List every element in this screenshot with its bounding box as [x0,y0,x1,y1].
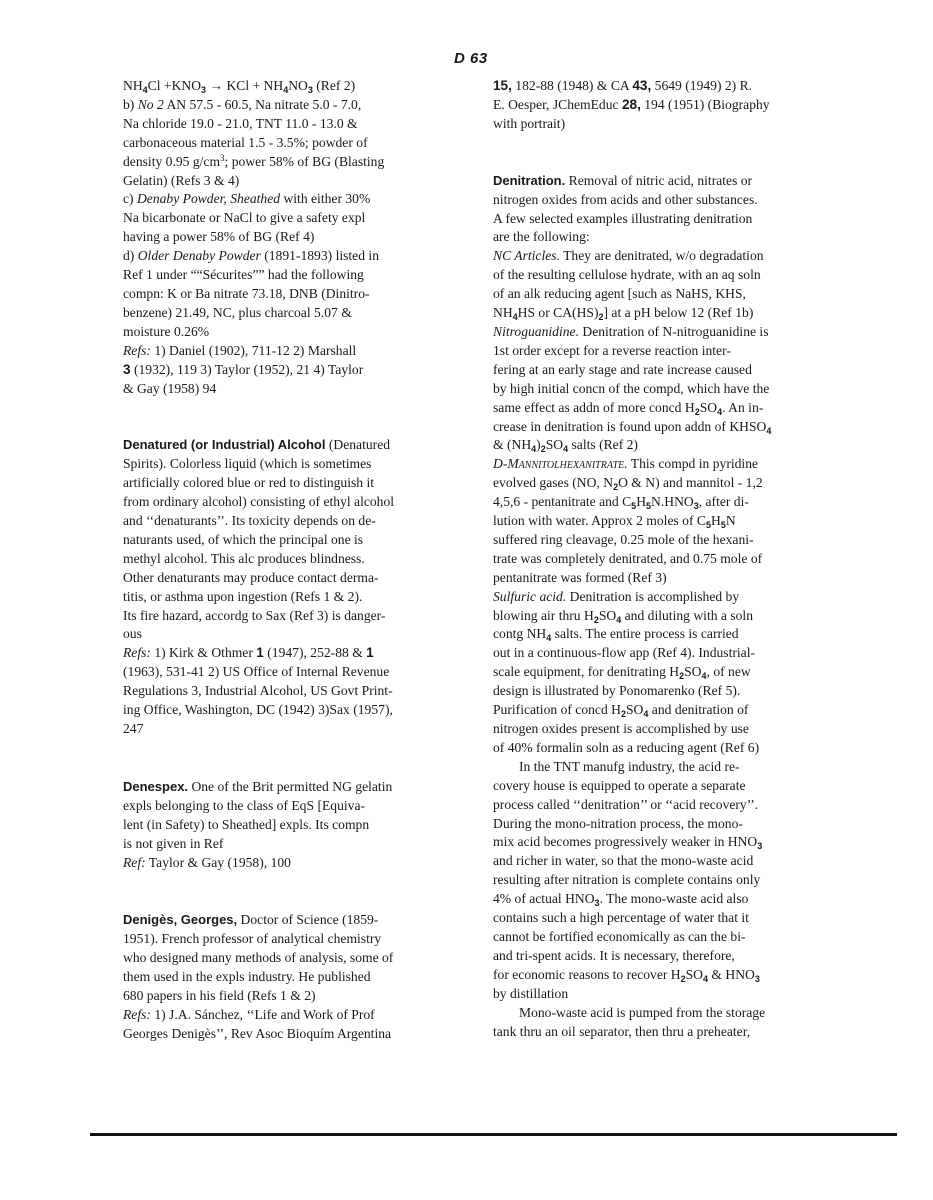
paragraph-first-line: In the TNT manufg industry, the acid re- [493,758,845,777]
refs-line: 247 [123,720,475,739]
refs-line: 15, 182-88 (1948) & CA 43, 5649 (1949) 2… [493,77,845,96]
eq-text: NO [288,78,308,93]
text-line: Denatured (or Industrial) Alcohol (Denat… [123,436,475,455]
text-line: fering at an early stage and rate increa… [493,361,845,380]
text: Denitration of N-nitroguanidine is [579,324,769,339]
text-line: resulting after nitration is complete co… [493,871,845,890]
text-line: of 40% formalin soln as a reducing agent… [493,739,845,758]
text: SO [546,437,563,452]
text: evolved gases (NO, N [493,475,613,490]
text: contg NH [493,626,546,641]
text-line: is not given in Ref [123,835,475,854]
text: This compd in pyridine [628,456,758,471]
text: for economic reasons to recover H [493,967,681,982]
refs-text: 1) Daniel (1902), 711-12 2) Marshall [151,343,356,358]
item-label: d) [123,248,138,263]
spacer [123,872,475,911]
text-line: & (NH4)2SO4 salts (Ref 2) [493,436,845,455]
entry-heading: Denatured (or Industrial) Alcohol [123,437,325,452]
eq-text: → KCl + NH [206,78,283,93]
text-line: pentanitrate was formed (Ref 3) [493,569,845,588]
refs-line: (1963), 531-41 2) US Office of Internal … [123,663,475,682]
text-line: D-Mannitolhexanitrate. This compd in pyr… [493,455,845,474]
text-line: moisture 0.26% [123,323,475,342]
volume-number: 15, [493,78,512,93]
text: (Denatured [325,437,390,452]
text-line: design is illustrated by Ponomarenko (Re… [493,682,845,701]
volume-number: 28, [622,97,641,112]
refs-line: Refs: 1) Daniel (1902), 711-12 2) Marsha… [123,342,475,361]
text-line: nitrogen oxides from acids and other sub… [493,191,845,210]
text-line: NC Articles. They are denitrated, w/o de… [493,247,845,266]
text-line: covery house is equipped to operate a se… [493,777,845,796]
spacer [123,739,475,778]
text-line: 1951). French professor of analytical ch… [123,930,475,949]
text: & (NH [493,437,531,452]
spacer [123,398,475,436]
text-line: Other denaturants may produce contact de… [123,569,475,588]
text-line: scale equipment, for denitrating H2SO4, … [493,663,845,682]
refs-label: Ref: [123,855,146,870]
eq-text: (Ref 2) [313,78,355,93]
refs-text: 194 (1951) (Biography [641,97,770,112]
text-line: Sulfuric acid. Denitration is accomplish… [493,588,845,607]
text-line: trate was completely denitrated, and 0.7… [493,550,845,569]
item-label: b) [123,97,138,112]
text-line: of an alk reducing agent [such as NaHS, … [493,285,845,304]
text-line: 4,5,6 - pentanitrate and C5H5N.HNO3, aft… [493,493,845,512]
text-line: Na chloride 19.0 - 21.0, TNT 11.0 - 13.0… [123,115,475,134]
text-line: c) Denaby Powder, Sheathed with either 3… [123,190,475,209]
text: lution with water. Approx 2 moles of C [493,513,706,528]
text-line: carbonaceous material 1.5 - 3.5%; powder… [123,134,475,153]
refs-text: 5649 (1949) 2) R. [651,78,752,93]
text-line: by high initial concn of the compd, whic… [493,380,845,399]
text-line: lent (in Safety) to Sheathed] expls. Its… [123,816,475,835]
text: blowing air thru H [493,608,594,623]
text: salts. The entire process is carried [551,626,738,641]
refs-line: Georges Denigès’’, Rev Asoc Bioquím Arge… [123,1025,475,1044]
refs-line: Refs: 1) Kirk & Othmer 1 (1947), 252-88 … [123,644,475,663]
refs-text: Taylor & Gay (1958), 100 [146,855,291,870]
text-line: suffered ring cleavage, 0.25 mole of the… [493,531,845,550]
text: . An in- [722,400,763,415]
text: AN 57.5 - 60.5, Na nitrate 5.0 - 7.0, [164,97,361,112]
text: One of the Brit permitted NG gelatin [188,779,392,794]
text-line: tank thru an oil separator, then thru a … [493,1023,845,1042]
text-line: artificially colored blue or red to dist… [123,474,475,493]
text-line: A few selected examples illustrating den… [493,210,845,229]
equation-line: NH4Cl +KNO3 → KCl + NH4NO3 (Ref 2) [123,77,475,96]
text-line: Gelatin) (Refs 3 & 4) [123,172,475,191]
text: HS or CA(HS) [518,305,599,320]
right-column: 15, 182-88 (1948) & CA 43, 5649 (1949) 2… [493,77,845,1041]
text-line: Na bicarbonate or NaCl to give a safety … [123,209,475,228]
text-line: and richer in water, so that the mono-wa… [493,852,845,871]
text-line: having a power 58% of BG (Ref 4) [123,228,475,247]
text-line: blowing air thru H2SO4 and diluting with… [493,607,845,626]
text: scale equipment, for denitrating H [493,664,679,679]
refs-label: Refs: [123,1007,151,1022]
text-line: are the following: [493,228,845,247]
eq-text: Cl +KNO [148,78,201,93]
spacer [493,134,845,172]
subsection-name: D-Mannitolhexanitrate. [493,456,628,471]
text-line: them used in the expls industry. He publ… [123,968,475,987]
text-line: nitrogen oxides present is accomplished … [493,720,845,739]
text: H [636,494,646,509]
text-line: density 0.95 g/cm3; power 58% of BG (Bla… [123,153,475,172]
text: salts (Ref 2) [568,437,638,452]
text: SO [684,664,701,679]
text: 4% of actual HNO [493,891,595,906]
entry-deniges-georges: Denigès, Georges, Doctor of Science (185… [123,911,475,1043]
text-line: expls belonging to the class of EqS [Equ… [123,797,475,816]
volume-number: 3 [123,362,131,377]
item-name: Denaby Powder, Sheathed [137,191,280,206]
entry-denitration: Denitration. Removal of nitric acid, nit… [493,172,845,1042]
text: with either 30% [280,191,370,206]
refs-text: (1947), 252-88 & [264,645,366,660]
volume-number: 1 [256,645,264,660]
text-line: Denespex. One of the Brit permitted NG g… [123,778,475,797]
text-line: titis, or asthma upon ingestion (Refs 1 … [123,588,475,607]
text-line: crease in denitration is found upon addn… [493,418,845,437]
bottom-rule [90,1133,897,1136]
text-line: for economic reasons to recover H2SO4 & … [493,966,845,985]
entry-denatured-alcohol: Denatured (or Industrial) Alcohol (Denat… [123,436,475,739]
text-line: process called ‘‘denitration’’ or ‘‘acid… [493,796,845,815]
refs-line: ing Office, Washington, DC (1942) 3)Sax … [123,701,475,720]
entry-denespex: Denespex. One of the Brit permitted NG g… [123,778,475,873]
text: SO [599,608,616,623]
text: Removal of nitric acid, nitrates or [565,173,752,188]
item-name: No 2 [138,97,164,112]
text-line: Denigès, Georges, Doctor of Science (185… [123,911,475,930]
text-line: same effect as addn of more concd H2SO4.… [493,399,845,418]
refs-line: 3 (1932), 119 3) Taylor (1952), 21 4) Ta… [123,361,475,380]
text-line: naturants used, of which the principal o… [123,531,475,550]
text-line: Its fire hazard, accordg to Sax (Ref 3) … [123,607,475,626]
entry-heading: Denigès, Georges, [123,912,237,927]
text-line: out in a continuous-flow app (Ref 4). In… [493,644,845,663]
text: mix acid becomes progressively weaker in… [493,834,757,849]
text-line: contg NH4 salts. The entire process is c… [493,625,845,644]
text-line: 4% of actual HNO3. The mono-waste acid a… [493,890,845,909]
text: . The mono-waste acid also [600,891,749,906]
text-line: d) Older Denaby Powder (1891-1893) liste… [123,247,475,266]
refs-label: Refs: [123,343,151,358]
text: They are denitrated, w/o degradation [560,248,764,263]
text: H [711,513,721,528]
refs-line: E. Oesper, JChemEduc 28, 194 (1951) (Bio… [493,96,845,115]
text-line: b) No 2 AN 57.5 - 60.5, Na nitrate 5.0 -… [123,96,475,115]
text: Purification of concd H [493,702,621,717]
subscript: 3 [755,974,760,984]
text-line: and ‘‘denaturants’’. Its toxicity depend… [123,512,475,531]
text: density 0.95 g/cm [123,154,220,169]
refs-text: 1) J.A. Sánchez, ‘‘Life and Work of Prof [151,1007,375,1022]
text: ] at a pH below 12 (Ref 1b) [603,305,753,320]
volume-number: 43, [632,78,651,93]
eq-text: NH [123,78,143,93]
text: SO [626,702,643,717]
text-line: from ordinary alcohol) consisting of eth… [123,493,475,512]
text: Denitration is accomplished by [566,589,739,604]
text-line: evolved gases (NO, N2O & N) and mannitol… [493,474,845,493]
text-line: 1st order except for a reverse reaction … [493,342,845,361]
text-line: Purification of concd H2SO4 and denitrat… [493,701,845,720]
refs-line: & Gay (1958) 94 [123,380,475,399]
refs-text: 182-88 (1948) & CA [512,78,632,93]
explosive-compositions-continued: NH4Cl +KNO3 → KCl + NH4NO3 (Ref 2) b) No… [123,77,475,398]
text-line: Denitration. Removal of nitric acid, nit… [493,172,845,191]
text-line: contains such a high percentage of water… [493,909,845,928]
text: N.HNO [651,494,694,509]
text-line: compn: K or Ba nitrate 73.18, DNB (Dinit… [123,285,475,304]
subsection-name: Nitroguanidine. [493,324,579,339]
text: ; power 58% of BG (Blasting [225,154,385,169]
refs-line: Regulations 3, Industrial Alcohol, US Go… [123,682,475,701]
text: same effect as addn of more concd H [493,400,695,415]
text: 4,5,6 - pentanitrate and C [493,494,631,509]
page-number: D 63 [454,50,488,67]
refs-text: 1) Kirk & Othmer [151,645,256,660]
refs-line: with portrait) [493,115,845,134]
text: , of new [707,664,751,679]
text-line: cannot be fortified economically as can … [493,928,845,947]
item-label: c) [123,191,137,206]
text: , after di- [699,494,749,509]
text: crease in denitration is found upon addn… [493,419,766,434]
text-line: lution with water. Approx 2 moles of C5H… [493,512,845,531]
entry-heading: Denitration. [493,173,565,188]
text: SO [686,967,703,982]
text-line: Spirits). Colorless liquid (which is som… [123,455,475,474]
refs-line: Ref: Taylor & Gay (1958), 100 [123,854,475,873]
text: Doctor of Science (1859- [237,912,378,927]
paragraph-first-line: Mono-waste acid is pumped from the stora… [493,1004,845,1023]
text-line: ous [123,625,475,644]
text-line: by distillation [493,985,845,1004]
refs-label: Refs: [123,645,151,660]
volume-number: 1 [366,645,374,660]
deniges-refs-continued: 15, 182-88 (1948) & CA 43, 5649 (1949) 2… [493,77,845,134]
text-line: NH4HS or CA(HS)2] at a pH below 12 (Ref … [493,304,845,323]
text: & HNO [708,967,755,982]
text: and diluting with a soln [621,608,753,623]
text-line: who designed many methods of analysis, s… [123,949,475,968]
entry-heading: Denespex. [123,779,188,794]
text: O & N) and mannitol - 1,2 [618,475,763,490]
text-line: and tri-spent acids. It is necessary, th… [493,947,845,966]
text: N [726,513,736,528]
subsection-name: Sulfuric acid. [493,589,566,604]
left-column: NH4Cl +KNO3 → KCl + NH4NO3 (Ref 2) b) No… [123,77,475,1044]
text: SO [700,400,717,415]
refs-line: Refs: 1) J.A. Sánchez, ‘‘Life and Work o… [123,1006,475,1025]
text-line: mix acid becomes progressively weaker in… [493,833,845,852]
text-line: Nitroguanidine. Denitration of N-nitrogu… [493,323,845,342]
text-line: of the resulting cellulose hydrate, with… [493,266,845,285]
text-line: During the mono-nitration process, the m… [493,815,845,834]
text: (1891-1893) listed in [261,248,379,263]
text-line: benzene) 21.49, NC, plus charcoal 5.07 & [123,304,475,323]
text-line: Ref 1 under ““Sécurites”” had the follow… [123,266,475,285]
refs-text: (1932), 119 3) Taylor (1952), 21 4) Tayl… [131,362,364,377]
text-line: methyl alcohol. This alc produces blindn… [123,550,475,569]
text-line: 680 papers in his field (Refs 1 & 2) [123,987,475,1006]
subscript: 4 [766,426,771,436]
text: NH [493,305,513,320]
subsection-name: NC Articles. [493,248,560,263]
item-name: Older Denaby Powder [138,248,261,263]
refs-text: E. Oesper, JChemEduc [493,97,622,112]
text: and denitration of [648,702,748,717]
subscript: 3 [757,841,762,851]
